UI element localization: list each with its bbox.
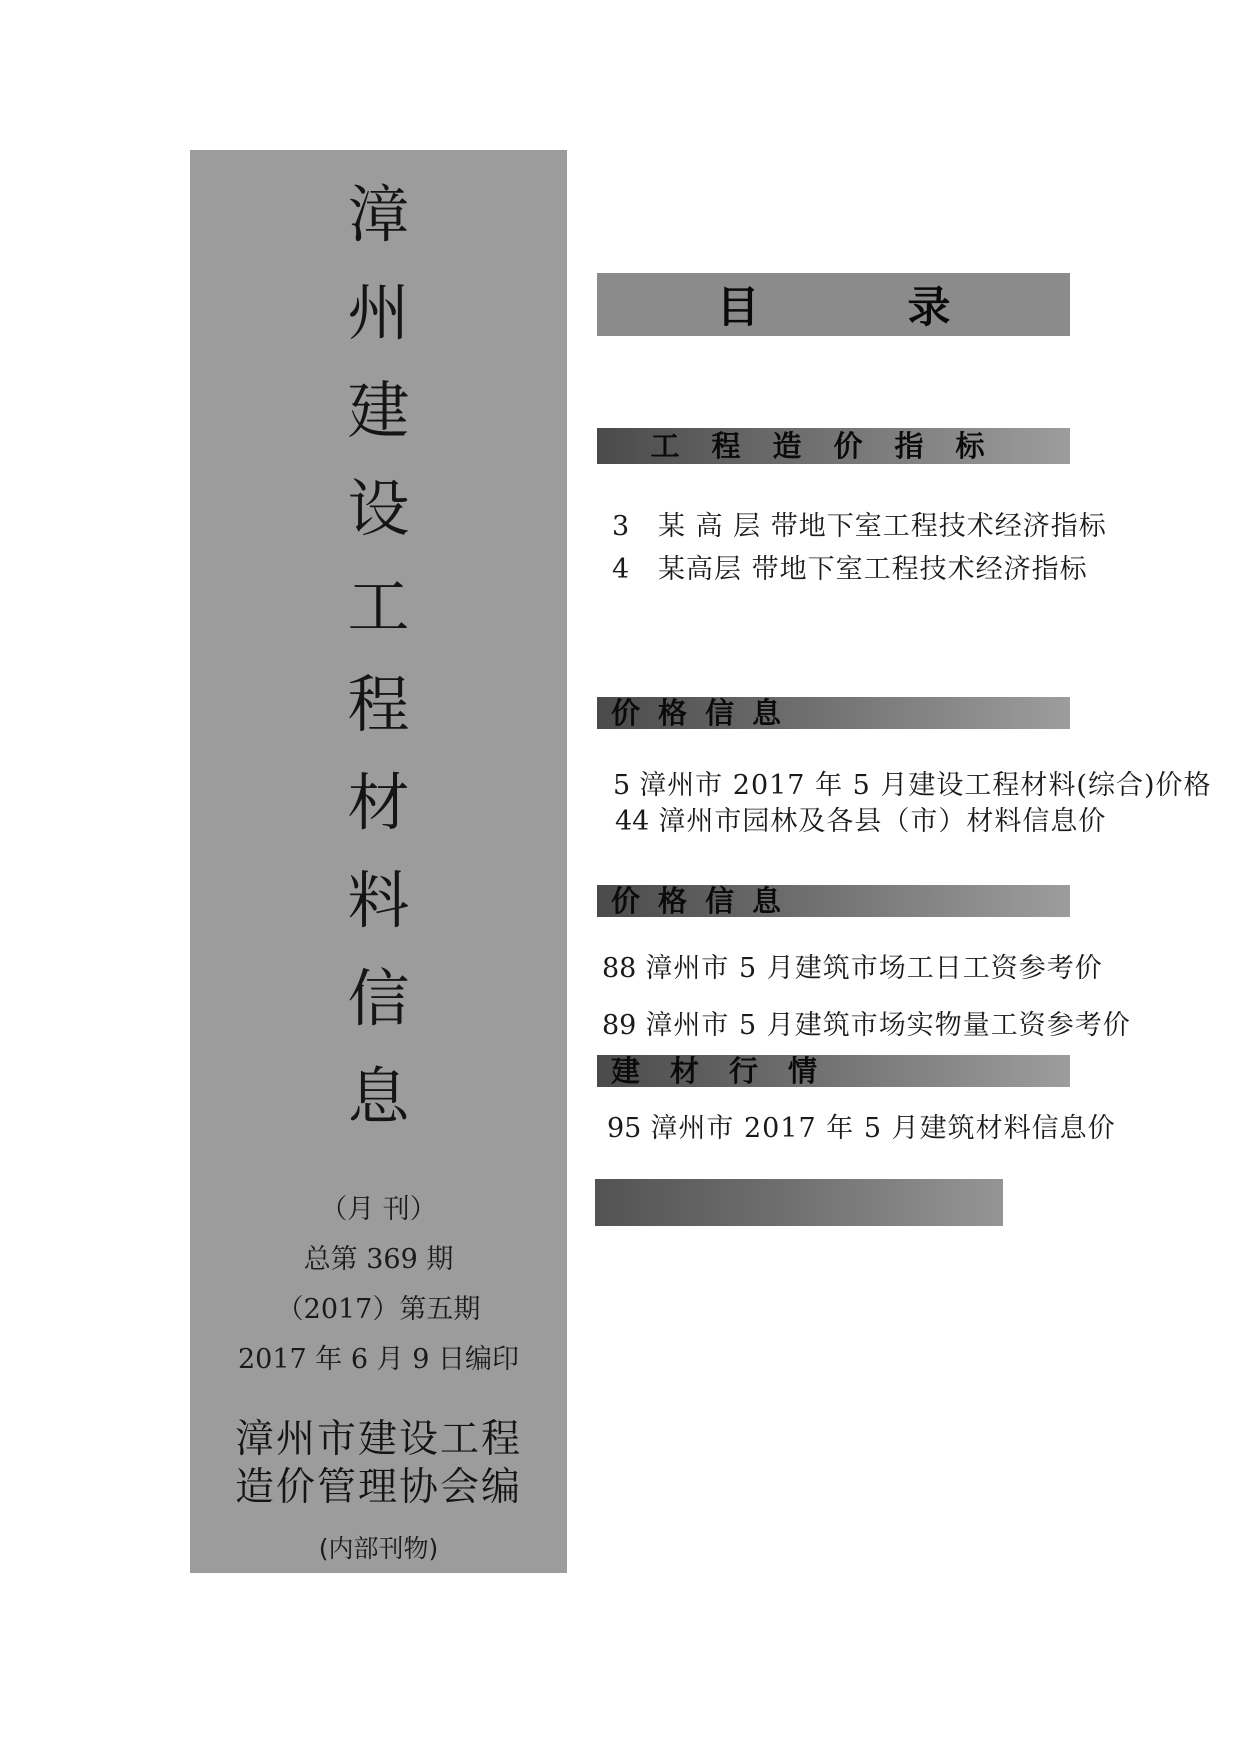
title-char: 程: [347, 656, 409, 754]
section-bar-label: 建材行情: [611, 1057, 847, 1086]
publisher-line: 造价管理协会编: [190, 1464, 567, 1512]
section-bar-price-info-2: 价格信息: [597, 885, 1070, 917]
toc-item-page: 4: [612, 555, 658, 585]
decorative-gradient-bar: [595, 1179, 1003, 1226]
toc-item-title: 漳州市 2017 年 5 月建筑材料信息价: [650, 1114, 1115, 1144]
section-bar-price-info-1: 价格信息: [597, 697, 1070, 729]
toc-item-title: 某 高 层 带地下室工程技术经济指标: [658, 512, 1107, 542]
toc-item: 88 漳州市 5 月建筑市场工日工资参考价: [602, 954, 1103, 984]
issue-frequency: （月 刊）: [190, 1185, 567, 1235]
section-bar-label: 价格信息: [611, 887, 799, 916]
toc-title-char: 目: [717, 274, 760, 335]
title-char: 工: [347, 558, 409, 656]
toc-item-page: 89: [602, 1011, 636, 1041]
title-char: 漳: [347, 166, 409, 264]
title-char: 建: [347, 362, 409, 460]
section-bar-building-materials: 建材行情: [597, 1055, 1070, 1087]
toc-item-title: 漳州市园林及各县（市）材料信息价: [658, 807, 1106, 837]
title-char: 料: [347, 852, 409, 950]
journal-cover-page: 漳 州 建 设 工 程 材 料 信 息 （月 刊） 总第 369 期 （2017…: [0, 0, 1240, 1753]
toc-item-page: 95: [607, 1114, 641, 1144]
issue-number-year: （2017）第五期: [190, 1285, 567, 1335]
title-char: 材: [347, 754, 409, 852]
title-char: 州: [347, 264, 409, 362]
issue-number-total: 总第 369 期: [190, 1235, 567, 1285]
journal-title-vertical: 漳 州 建 设 工 程 材 料 信 息: [190, 166, 567, 1146]
toc-item: 95 漳州市 2017 年 5 月建筑材料信息价: [607, 1114, 1116, 1144]
toc-item-title: 某高层 带地下室工程技术经济指标: [658, 555, 1088, 585]
toc-item: 4 某高层 带地下室工程技术经济指标: [612, 555, 1088, 585]
section-bar-cost-index: 工程造价指标: [597, 428, 1070, 464]
toc-item-page: 5: [613, 771, 630, 801]
toc-item: 89 漳州市 5 月建筑市场实物量工资参考价: [602, 1011, 1131, 1041]
section-bar-label: 工程造价指标: [650, 432, 1016, 461]
toc-item-page: 3: [612, 512, 658, 542]
title-char: 信: [347, 950, 409, 1048]
toc-item: 5 漳州市 2017 年 5 月建设工程材料(综合)价格: [613, 771, 1211, 801]
issue-meta: （月 刊） 总第 369 期 （2017）第五期 2017 年 6 月 9 日编…: [190, 1185, 567, 1385]
print-date: 2017 年 6 月 9 日编印: [190, 1335, 567, 1385]
toc-item-title: 漳州市 5 月建筑市场实物量工资参考价: [645, 1011, 1130, 1041]
toc-item: 44 漳州市园林及各县（市）材料信息价: [615, 807, 1106, 837]
toc-title-char: 录: [908, 274, 951, 335]
title-char: 息: [347, 1048, 409, 1146]
toc-item-title: 漳州市 2017 年 5 月建设工程材料(综合)价格: [639, 771, 1211, 801]
title-char: 设: [347, 460, 409, 558]
cover-left-panel: 漳 州 建 设 工 程 材 料 信 息 （月 刊） 总第 369 期 （2017…: [190, 150, 567, 1573]
toc-item-page: 44: [615, 807, 649, 837]
publisher: 漳州市建设工程 造价管理协会编: [190, 1416, 567, 1512]
internal-publication-note: (内部刊物): [190, 1534, 567, 1564]
toc-item-title: 漳州市 5 月建筑市场工日工资参考价: [645, 954, 1102, 984]
toc-item: 3 某 高 层 带地下室工程技术经济指标: [612, 512, 1107, 542]
publisher-line: 漳州市建设工程: [190, 1416, 567, 1464]
toc-title-bar: 目 录: [597, 273, 1070, 336]
section-bar-label: 价格信息: [611, 699, 799, 728]
toc-item-page: 88: [602, 954, 636, 984]
